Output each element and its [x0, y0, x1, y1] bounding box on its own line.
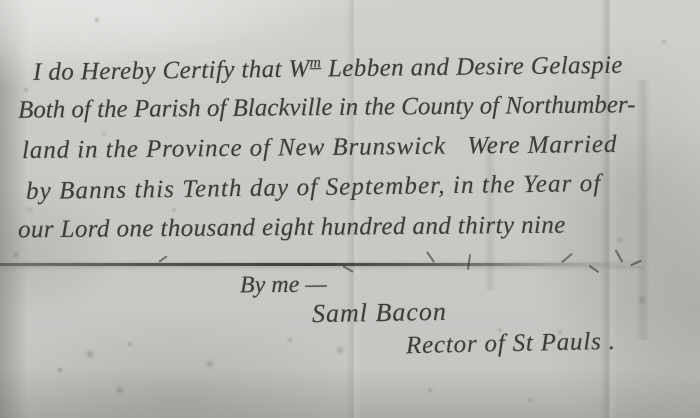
fold-scratch-mark: [561, 253, 573, 264]
fold-scratch-mark: [342, 265, 353, 273]
certificate-line-5: our Lord one thousand eight hundred and …: [18, 212, 566, 245]
line1-text-before: I do Hereby Certify that W: [33, 56, 310, 86]
fold-scratch-mark: [158, 255, 167, 262]
horizontal-fold-crease: [0, 263, 645, 266]
signature-title: Rector of St Pauls .: [406, 328, 616, 360]
paper-stain-spots: [0, 0, 4, 4]
vertical-fold-crease: [636, 80, 650, 340]
line1-superscript-m: m: [310, 54, 322, 71]
scanned-certificate-paper: I do Hereby Certify that Wm Lebben and D…: [0, 0, 700, 418]
signature-name: Saml Bacon: [312, 297, 447, 329]
certificate-line-1: I do Hereby Certify that Wm Lebben and D…: [33, 50, 623, 87]
fold-scratch-mark: [426, 251, 435, 263]
fold-scratch-mark: [467, 254, 471, 270]
certificate-byline: By me —: [240, 272, 327, 300]
line1-text-after: Lebben and Desire Gelaspie: [321, 52, 623, 83]
fold-scratch-mark: [615, 249, 624, 262]
fold-scratch-mark: [589, 265, 600, 274]
certificate-line-4: by Banns this Tenth day of September, in…: [26, 170, 602, 206]
certificate-line-3: land in the Province of New Brunswick We…: [22, 131, 618, 165]
certificate-line-2: Both of the Parish of Blackville in the …: [18, 91, 636, 124]
